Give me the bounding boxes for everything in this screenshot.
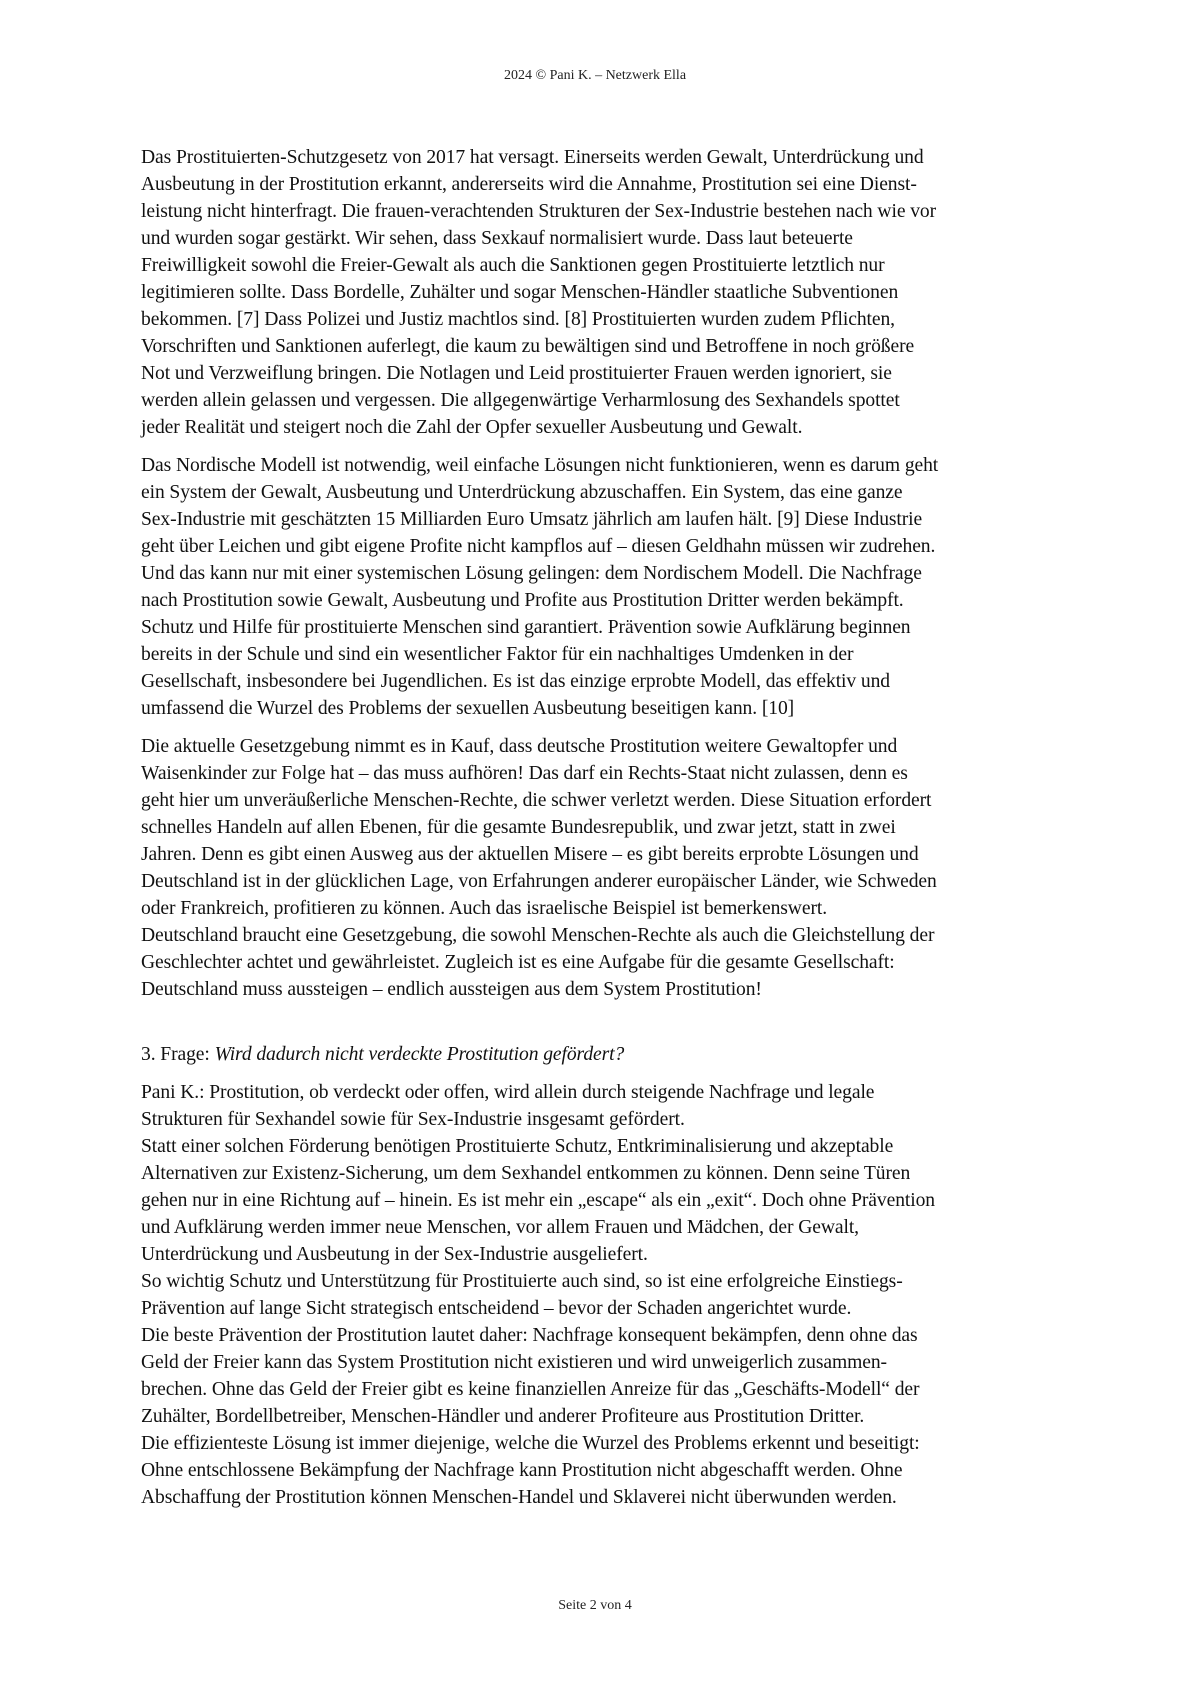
- text-line: Ausbeutung in der Prostitution erkannt, …: [141, 171, 1061, 198]
- text-line: Die aktuelle Gesetzgebung nimmt es in Ka…: [141, 733, 1061, 760]
- text-line: Not und Verzweiflung bringen. Die Notlag…: [141, 360, 1061, 387]
- text-line: Jahren. Denn es gibt einen Ausweg aus de…: [141, 841, 1061, 868]
- text-line: Ohne entschlossene Bekämpfung der Nachfr…: [141, 1457, 1061, 1484]
- text-line: jeder Realität und steigert noch die Zah…: [141, 414, 1061, 441]
- text-line: und wurden sogar gestärkt. Wir sehen, da…: [141, 225, 1061, 252]
- text-line: Unterdrückung und Ausbeutung in der Sex-…: [141, 1241, 1061, 1268]
- text-line: So wichtig Schutz und Unterstützung für …: [141, 1268, 1061, 1295]
- question-label: 3. Frage:: [141, 1044, 215, 1065]
- text-line: umfassend die Wurzel des Problems der se…: [141, 695, 1061, 722]
- text-line: Abschaffung der Prostitution können Mens…: [141, 1484, 1061, 1511]
- text-line: schnelles Handeln auf allen Ebenen, für …: [141, 814, 1061, 841]
- text-line: Prävention auf lange Sicht strategisch e…: [141, 1295, 1061, 1322]
- text-line: Statt einer solchen Förderung benötigen …: [141, 1133, 1061, 1160]
- text-line: und Aufklärung werden immer neue Mensche…: [141, 1214, 1061, 1241]
- text-line: Und das kann nur mit einer systemischen …: [141, 560, 1061, 587]
- text-line: Alternativen zur Existenz-Sicherung, um …: [141, 1160, 1061, 1187]
- text-line: Zuhälter, Bordellbetreiber, Menschen-Hän…: [141, 1403, 1061, 1430]
- text-line: geht über Leichen und gibt eigene Profit…: [141, 533, 1061, 560]
- text-line: Deutschland braucht eine Gesetzgebung, d…: [141, 922, 1061, 949]
- text-line: Deutschland muss aussteigen – endlich au…: [141, 976, 1061, 1003]
- text-line: Vorschriften und Sanktionen auferlegt, d…: [141, 333, 1061, 360]
- text-line: Geschlechter achtet und gewährleistet. Z…: [141, 949, 1061, 976]
- page-header: 2024 © Pani K. – Netzwerk Ella: [0, 68, 1190, 84]
- text-line: nach Prostitution sowie Gewalt, Ausbeutu…: [141, 587, 1061, 614]
- text-line: Waisenkinder zur Folge hat – das muss au…: [141, 760, 1061, 787]
- text-line: Die beste Prävention der Prostitution la…: [141, 1322, 1061, 1349]
- text-line: gehen nur in eine Richtung auf – hinein.…: [141, 1187, 1061, 1214]
- text-line: Pani K.: Prostitution, ob verdeckt oder …: [141, 1079, 1061, 1106]
- text-line: brechen. Ohne das Geld der Freier gibt e…: [141, 1376, 1061, 1403]
- text-line: Die effizienteste Lösung ist immer dieje…: [141, 1430, 1061, 1457]
- paragraph-gesetzgebung: Die aktuelle Gesetzgebung nimmt es in Ka…: [141, 733, 1061, 1003]
- paragraph-nordisches-modell: Das Nordische Modell ist notwendig, weil…: [141, 452, 1061, 722]
- text-line: Das Prostituierten-Schutzgesetz von 2017…: [141, 144, 1061, 171]
- text-line: werden allein gelassen und vergessen. Di…: [141, 387, 1061, 414]
- text-line: geht hier um unveräußerliche Menschen-Re…: [141, 787, 1061, 814]
- document-body: Das Prostituierten-Schutzgesetz von 2017…: [141, 144, 1061, 1511]
- page-number: Seite 2 von 4: [0, 1598, 1190, 1614]
- text-line: bereits in der Schule und sind ein wesen…: [141, 641, 1061, 668]
- text-line: Deutschland ist in der glücklichen Lage,…: [141, 868, 1061, 895]
- answer-paragraph: Pani K.: Prostitution, ob verdeckt oder …: [141, 1079, 1061, 1511]
- text-line: bekommen. [7] Dass Polizei und Justiz ma…: [141, 306, 1061, 333]
- text-line: Das Nordische Modell ist notwendig, weil…: [141, 452, 1061, 479]
- text-line: leistung nicht hinterfragt. Die frauen-v…: [141, 198, 1061, 225]
- text-line: Gesellschaft, insbesondere bei Jugendlic…: [141, 668, 1061, 695]
- text-line: Sex-Industrie mit geschätzten 15 Milliar…: [141, 506, 1061, 533]
- text-line: Freiwilligkeit sowohl die Freier-Gewalt …: [141, 252, 1061, 279]
- text-line: ein System der Gewalt, Ausbeutung und Un…: [141, 479, 1061, 506]
- text-line: legitimieren sollte. Dass Bordelle, Zuhä…: [141, 279, 1061, 306]
- question-text: Wird dadurch nicht verdeckte Prostitutio…: [215, 1044, 625, 1065]
- paragraph-schutzgesetz: Das Prostituierten-Schutzgesetz von 2017…: [141, 144, 1061, 441]
- text-line: Geld der Freier kann das System Prostitu…: [141, 1349, 1061, 1376]
- text-line: Strukturen für Sexhandel sowie für Sex-I…: [141, 1106, 1061, 1133]
- question-heading: 3. Frage: Wird dadurch nicht verdeckte P…: [141, 1041, 1061, 1068]
- text-line: Schutz und Hilfe für prostituierte Mensc…: [141, 614, 1061, 641]
- text-line: oder Frankreich, profitieren zu können. …: [141, 895, 1061, 922]
